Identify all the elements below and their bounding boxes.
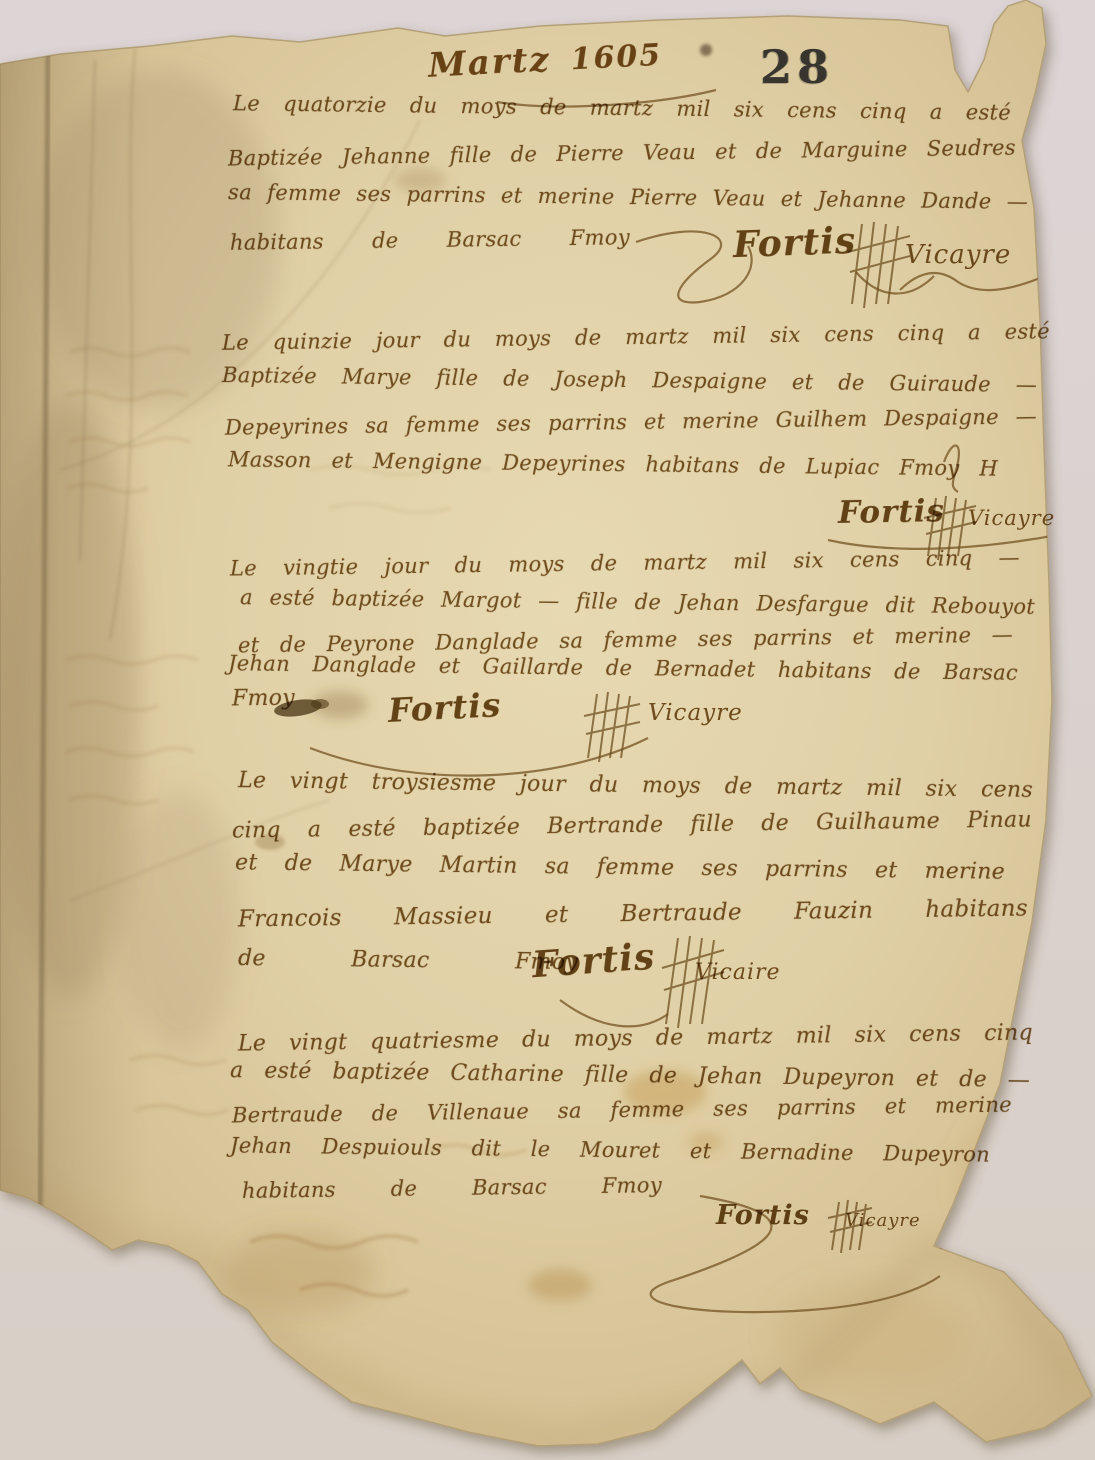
folio-number-stamp: 28 <box>760 40 834 94</box>
manuscript-scan: Martz1605 28 Le quatorzie du moys de mar… <box>0 0 1095 1460</box>
vicar-signature: Fortis <box>387 685 502 730</box>
vicar-signature: Fortis <box>716 1200 810 1231</box>
vicar-title: Vicayre <box>905 240 1011 270</box>
manuscript-line: Fmoy <box>232 686 295 721</box>
manuscript-line: habitans de Barsac Fmoy <box>230 225 630 265</box>
vicar-title: Vicayre <box>968 506 1055 530</box>
manuscript-line: de Barsac Fmoy <box>238 946 578 984</box>
vicar-title: Vicayre <box>648 700 743 726</box>
header-year: 1605 <box>570 38 663 78</box>
vicar-signature: Fortis <box>838 493 945 531</box>
vicar-title: Vicaire <box>695 960 781 985</box>
header-month: Martz <box>427 39 552 85</box>
manuscript-line: habitans de Barsac Fmoy <box>242 1173 662 1213</box>
vicar-title: Vicayre <box>845 1210 921 1231</box>
vicar-signature: Fortis <box>732 220 857 266</box>
vicar-signature: Fortis <box>531 936 657 986</box>
